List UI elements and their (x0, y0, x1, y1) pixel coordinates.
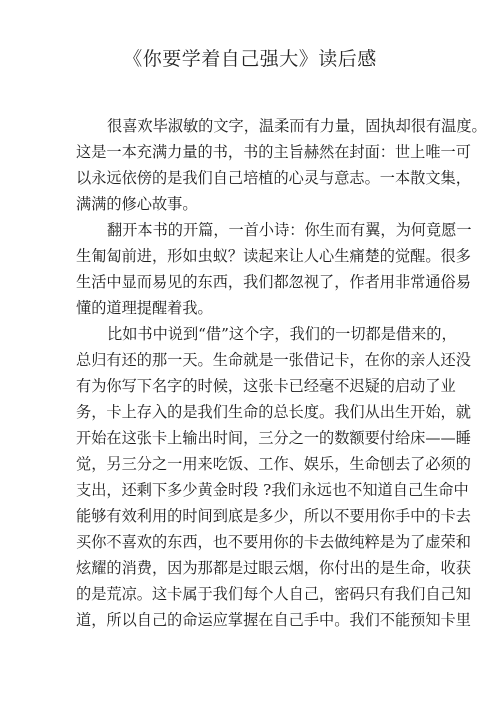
text-line: 以永远依傍的是我们自己培植的心灵与意志。一本散文集， (76, 165, 426, 191)
text-line: 很喜欢毕淑敏的文字，温柔而有力量，固执却很有温度。 (76, 113, 426, 139)
paragraph: 很喜欢毕淑敏的文字，温柔而有力量，固执却很有温度。 这是一本充满力量的书，书的主… (76, 113, 426, 217)
text-line: 比如书中说到“借”这个字，我们的一切都是借来的， (76, 321, 426, 347)
text-line: 觉，另三分之一用来吃饭、工作、娱乐，生命刨去了必须的 (76, 451, 426, 477)
text-line: 务，卡上存入的是我们生命的总长度。我们从出生开始，就 (76, 399, 426, 425)
text-line: 总归有还的那一天。生命就是一张借记卡，在你的亲人还没 (76, 347, 426, 373)
text-line: 的是荒凉。这卡属于我们每个人自己，密码只有我们自己知 (76, 581, 426, 607)
document-title: 《你要学着自己强大》读后感 (0, 44, 500, 71)
text-line: 有为你写下名字的时候，这张卡已经毫不迟疑的启动了业 (76, 373, 426, 399)
text-line: 满满的修心故事。 (76, 191, 426, 217)
text-line: 支出，还剩下多少黄金时段 ?我们永远也不知道自己生命中 (76, 477, 426, 503)
text-line: 这是一本充满力量的书，书的主旨赫然在封面：世上唯一可 (76, 139, 426, 165)
text-line: 懂的道理提醒着我。 (76, 295, 426, 321)
paragraph: 比如书中说到“借”这个字，我们的一切都是借来的， 总归有还的那一天。生命就是一张… (76, 321, 426, 633)
text-line: 翻开本书的开篇，一首小诗：你生而有翼，为何竟愿一 (76, 217, 426, 243)
text-line: 道，所以自己的命运应掌握在自己手中。我们不能预知卡里 (76, 607, 426, 633)
paragraph: 翻开本书的开篇，一首小诗：你生而有翼，为何竟愿一 生匍匐前进，形如虫蚁？读起来让… (76, 217, 426, 321)
text-line: 开始在这张卡上输出时间，三分之一的数额要付给床——睡 (76, 425, 426, 451)
text-line: 炫耀的消费，因为那都是过眼云烟，你付出的是生命，收获 (76, 555, 426, 581)
text-line: 生活中显而易见的东西，我们都忽视了，作者用非常通俗易 (76, 269, 426, 295)
document-body: 很喜欢毕淑敏的文字，温柔而有力量，固执却很有温度。 这是一本充满力量的书，书的主… (76, 113, 426, 633)
text-line: 能够有效利用的时间到底是多少，所以不要用你手中的卡去 (76, 503, 426, 529)
text-line: 买你不喜欢的东西，也不要用你的卡去做纯粹是为了虚荣和 (76, 529, 426, 555)
text-line: 生匍匐前进，形如虫蚁？读起来让人心生痛楚的觉醒。很多 (76, 243, 426, 269)
